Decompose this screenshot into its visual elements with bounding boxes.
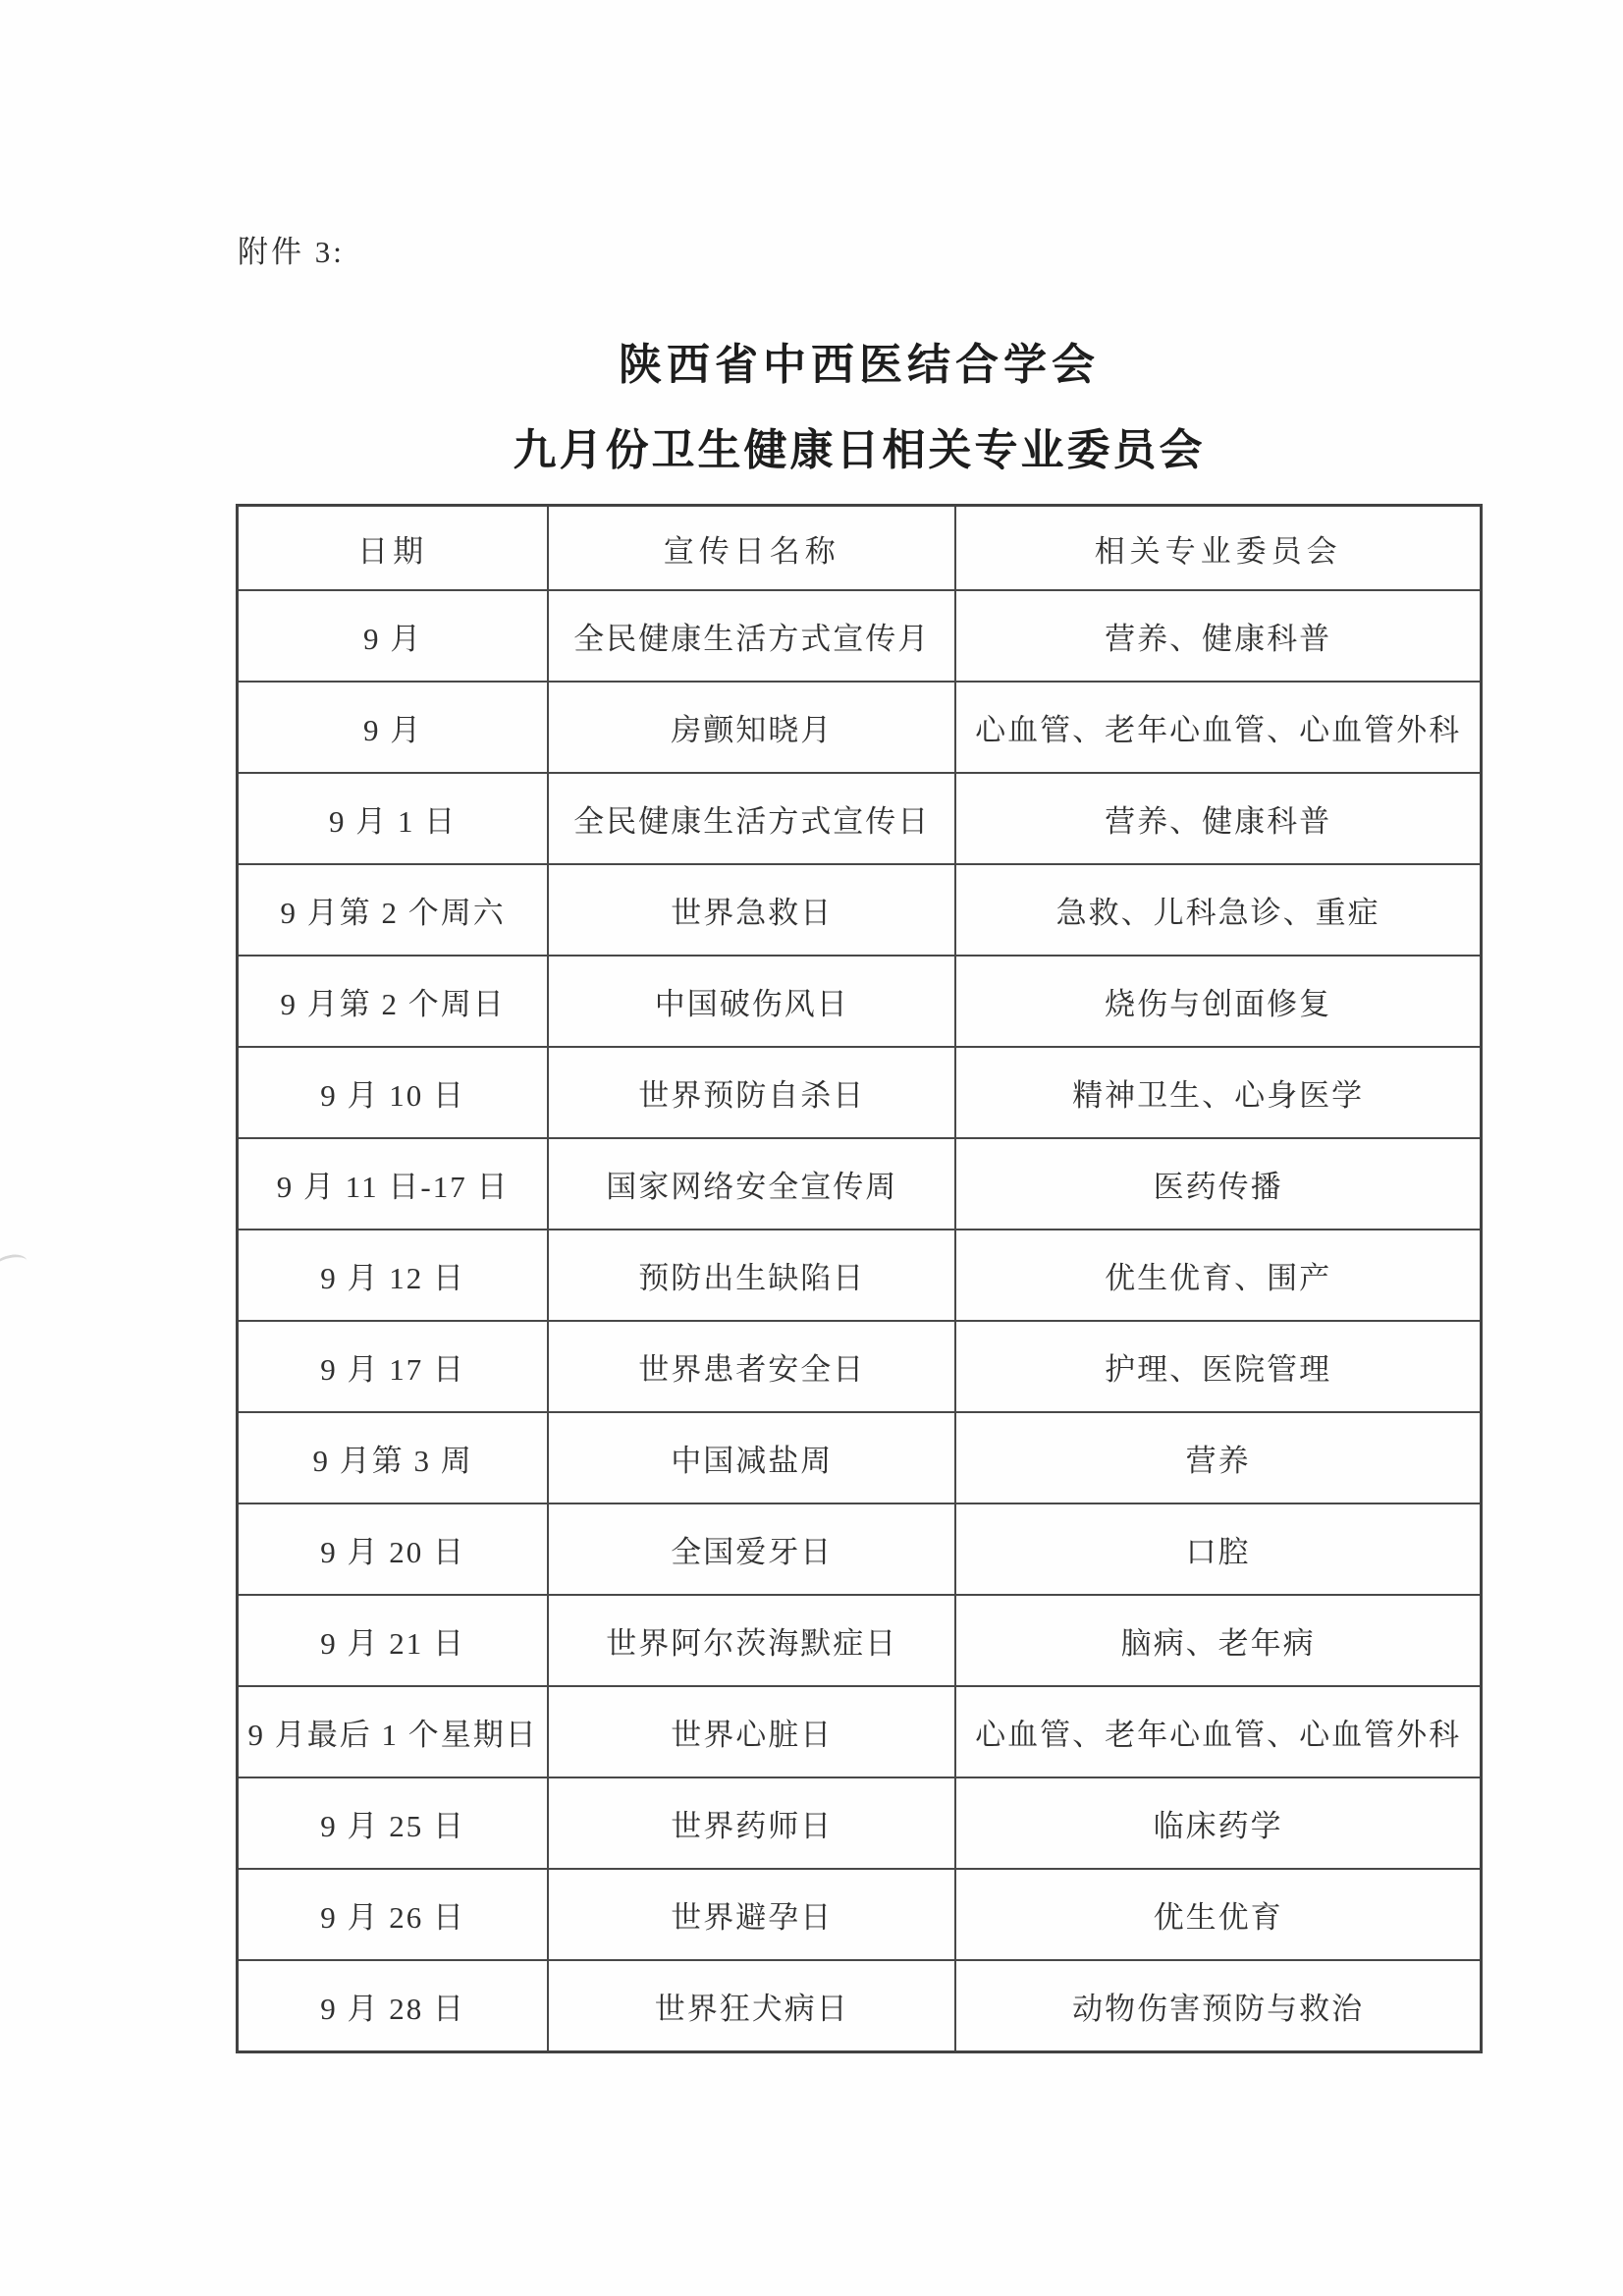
document-title: 陕西省中西医结合学会 [236,338,1483,393]
date-cell: 9 月 [238,590,549,682]
date-cell: 9 月 28 日 [238,1960,549,2052]
committee-cell: 护理、医院管理 [955,1321,1481,1412]
date-cell: 9 月 1 日 [238,773,549,864]
header-date: 日期 [238,506,549,591]
day-name-cell: 中国减盐周 [548,1412,955,1503]
table-row: 9 月 25 日 世界药师日 临床药学 [238,1777,1482,1869]
day-name-cell: 世界避孕日 [548,1869,955,1960]
day-name-cell: 全民健康生活方式宣传月 [548,590,955,682]
table-row: 9 月第 3 周 中国减盐周 营养 [238,1412,1482,1503]
health-days-table: 日期 宣传日名称 相关专业委员会 9 月 全民健康生活方式宣传月 营养、健康科普… [236,504,1483,2053]
date-cell: 9 月 21 日 [238,1595,549,1686]
table-row: 9 月第 2 个周日 中国破伤风日 烧伤与创面修复 [238,956,1482,1047]
date-cell: 9 月 26 日 [238,1869,549,1960]
table-row: 9 月 1 日 全民健康生活方式宣传日 营养、健康科普 [238,773,1482,864]
date-cell: 9 月 17 日 [238,1321,549,1412]
day-name-cell: 全国爱牙日 [548,1503,955,1595]
day-name-cell: 世界患者安全日 [548,1321,955,1412]
table-row: 9 月 17 日 世界患者安全日 护理、医院管理 [238,1321,1482,1412]
date-cell: 9 月 11 日-17 日 [238,1138,549,1230]
committee-cell: 营养 [955,1412,1481,1503]
date-cell: 9 月第 2 个周日 [238,956,549,1047]
committee-cell: 烧伤与创面修复 [955,956,1481,1047]
day-name-cell: 预防出生缺陷日 [548,1230,955,1321]
table-row: 9 月最后 1 个星期日 世界心脏日 心血管、老年心血管、心血管外科 [238,1686,1482,1777]
scan-artifact [0,1252,29,1278]
date-cell: 9 月最后 1 个星期日 [238,1686,549,1777]
table-row: 9 月第 2 个周六 世界急救日 急救、儿科急诊、重症 [238,864,1482,956]
table-row: 9 月 26 日 世界避孕日 优生优育 [238,1869,1482,1960]
committee-cell: 急救、儿科急诊、重症 [955,864,1481,956]
day-name-cell: 房颤知晓月 [548,682,955,773]
header-day-name: 宣传日名称 [548,506,955,591]
document-subtitle: 九月份卫生健康日相关专业委员会 [236,423,1483,478]
date-cell: 9 月第 3 周 [238,1412,549,1503]
table-row: 9 月 全民健康生活方式宣传月 营养、健康科普 [238,590,1482,682]
committee-cell: 临床药学 [955,1777,1481,1869]
committee-cell: 营养、健康科普 [955,773,1481,864]
committee-cell: 医药传播 [955,1138,1481,1230]
date-cell: 9 月 25 日 [238,1777,549,1869]
date-cell: 9 月 [238,682,549,773]
table-row: 9 月 11 日-17 日 国家网络安全宣传周 医药传播 [238,1138,1482,1230]
committee-cell: 精神卫生、心身医学 [955,1047,1481,1138]
day-name-cell: 世界急救日 [548,864,955,956]
table-row: 9 月 10 日 世界预防自杀日 精神卫生、心身医学 [238,1047,1482,1138]
day-name-cell: 世界阿尔茨海默症日 [548,1595,955,1686]
document-page: 附件 3: 陕西省中西医结合学会 九月份卫生健康日相关专业委员会 日期 宣传日名… [0,0,1623,2296]
table-row: 9 月 房颤知晓月 心血管、老年心血管、心血管外科 [238,682,1482,773]
day-name-cell: 世界药师日 [548,1777,955,1869]
date-cell: 9 月 10 日 [238,1047,549,1138]
committee-cell: 营养、健康科普 [955,590,1481,682]
date-cell: 9 月 20 日 [238,1503,549,1595]
committee-cell: 动物伤害预防与救治 [955,1960,1481,2052]
header-committee: 相关专业委员会 [955,506,1481,591]
day-name-cell: 国家网络安全宣传周 [548,1138,955,1230]
committee-cell: 心血管、老年心血管、心血管外科 [955,1686,1481,1777]
committee-cell: 脑病、老年病 [955,1595,1481,1686]
day-name-cell: 全民健康生活方式宣传日 [548,773,955,864]
header-row: 日期 宣传日名称 相关专业委员会 [238,506,1482,591]
committee-cell: 心血管、老年心血管、心血管外科 [955,682,1481,773]
committee-cell: 优生优育、围产 [955,1230,1481,1321]
attachment-label: 附件 3: [238,227,345,271]
date-cell: 9 月 12 日 [238,1230,549,1321]
date-cell: 9 月第 2 个周六 [238,864,549,956]
table-row: 9 月 20 日 全国爱牙日 口腔 [238,1503,1482,1595]
day-name-cell: 世界预防自杀日 [548,1047,955,1138]
day-name-cell: 世界狂犬病日 [548,1960,955,2052]
table-row: 9 月 12 日 预防出生缺陷日 优生优育、围产 [238,1230,1482,1321]
committee-cell: 口腔 [955,1503,1481,1595]
committee-cell: 优生优育 [955,1869,1481,1960]
title-block: 陕西省中西医结合学会 九月份卫生健康日相关专业委员会 [236,338,1483,478]
day-name-cell: 世界心脏日 [548,1686,955,1777]
table-row: 9 月 28 日 世界狂犬病日 动物伤害预防与救治 [238,1960,1482,2052]
day-name-cell: 中国破伤风日 [548,956,955,1047]
table-row: 9 月 21 日 世界阿尔茨海默症日 脑病、老年病 [238,1595,1482,1686]
